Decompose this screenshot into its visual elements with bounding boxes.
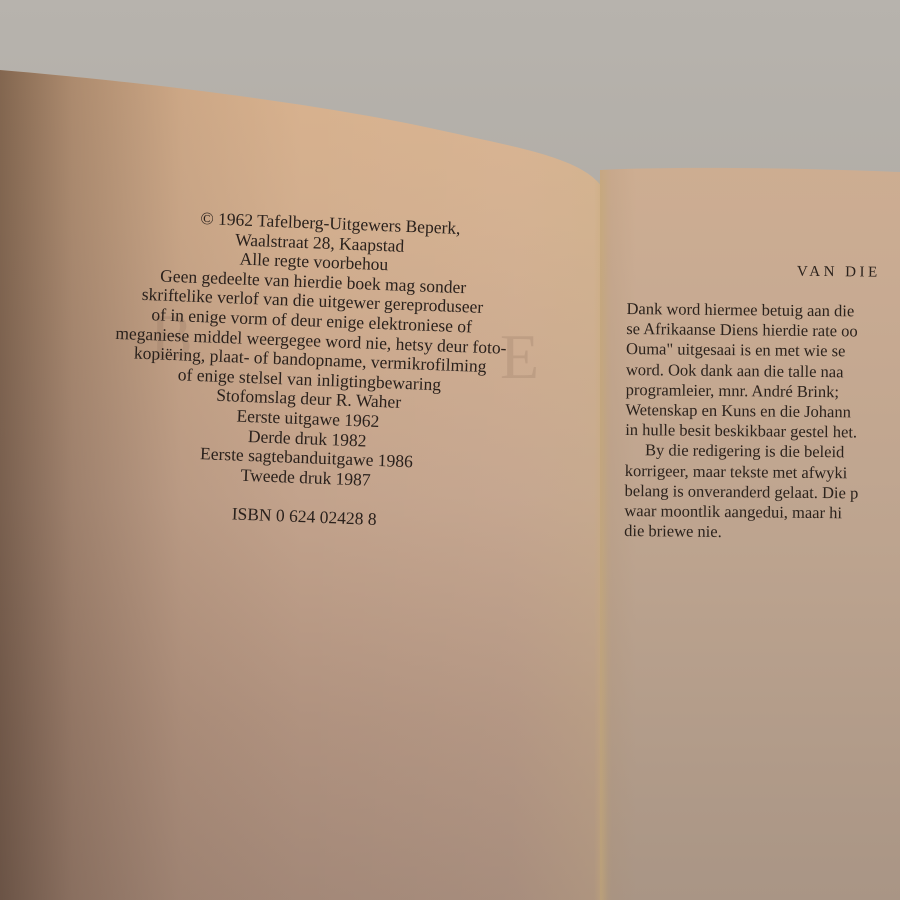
copyright-imprint: © 1962 Tafelberg-Uitgewers Beperk, Waals… [84,205,536,536]
book-gutter [594,180,608,900]
book-photo: B E © 1962 Tafelberg-Uitgewers Beperk, W… [0,0,900,900]
paragraph-line: die briewe nie. [624,521,900,545]
section-heading: VAN DIE [797,264,900,283]
foreword-text: VAN DIE Dank word hiermee betuig aan die… [624,262,900,545]
